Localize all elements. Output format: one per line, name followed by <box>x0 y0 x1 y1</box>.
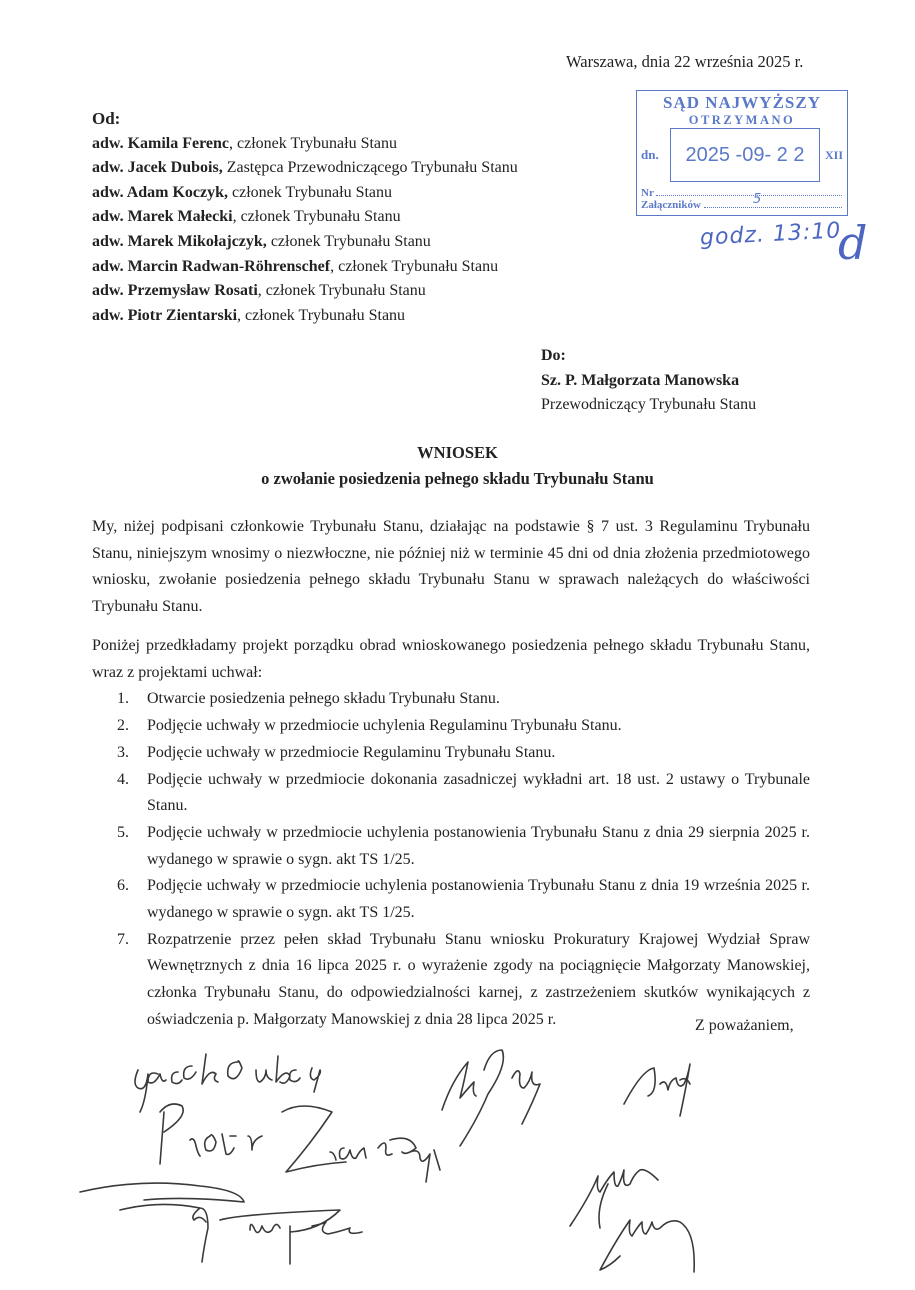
agenda-item-text: Podjęcie uchwały w przedmiocie uchylenia… <box>147 824 810 868</box>
agenda-item-number: 3. <box>117 740 129 767</box>
agenda-item-number: 4. <box>117 767 129 794</box>
agenda-list: 1.Otwarcie posiedzenia pełnego składu Tr… <box>92 686 810 1033</box>
sender-item: adw. Przemysław Rosati, członek Trybunał… <box>92 279 518 304</box>
sender-role: , członek Trybunału Stanu <box>330 258 498 275</box>
sender-item: adw. Marek Mikołajczyk, członek Trybunał… <box>92 230 518 255</box>
stamp-number-line: Nr <box>641 187 843 199</box>
sender-role: , członek Trybunału Stanu <box>258 282 426 299</box>
agenda-item-text: Podjęcie uchwały w przedmiocie uchylenia… <box>147 717 622 734</box>
document-title: WNIOSEK <box>0 443 915 463</box>
sender-label: Od: <box>92 107 518 132</box>
sender-name: adw. Marek Małecki <box>92 208 233 225</box>
recipient-role: Przewodniczący Trybunału Stanu <box>541 393 756 418</box>
agenda-item: 1.Otwarcie posiedzenia pełnego składu Tr… <box>92 686 810 713</box>
recipient-block: Do: Sz. P. Małgorzata Manowska Przewodni… <box>541 344 756 418</box>
body-paragraph-2: Poniżej przedkładamy projekt porządku ob… <box>92 633 810 1034</box>
agenda-item-number: 5. <box>117 820 129 847</box>
sender-name: adw. Kamila Ferenc <box>92 135 229 152</box>
sender-name: adw. Marek Mikołajczyk, <box>92 233 267 250</box>
agenda-item-number: 2. <box>117 713 129 740</box>
signatures <box>60 1040 860 1290</box>
stamp-date-label: dn. <box>641 147 659 163</box>
sender-role: Zastępca Przewodniczącego Trybunału Stan… <box>223 159 518 176</box>
agenda-item-text: Rozpatrzenie przez pełen skład Trybunału… <box>147 931 810 1028</box>
stamp-date: 2025 -09- 2 2 <box>670 128 820 182</box>
sender-name: adw. Przemysław Rosati <box>92 282 258 299</box>
sender-role: , członek Trybunału Stanu <box>229 135 397 152</box>
sender-item: adw. Kamila Ferenc, członek Trybunału St… <box>92 132 518 157</box>
sender-name: adw. Marcin Radwan-Röhrenschef <box>92 258 330 275</box>
recipient-name: Sz. P. Małgorzata Manowska <box>541 372 739 389</box>
dotted-line <box>704 199 843 208</box>
sender-item: adw. Jacek Dubois, Zastępca Przewodniczą… <box>92 156 518 181</box>
body-paragraph-1: My, niżej podpisani członkowie Trybunału… <box>92 514 810 621</box>
document-subtitle: o zwołanie posiedzenia pełnego składu Tr… <box>0 469 915 489</box>
sender-role: członek Trybunału Stanu <box>267 233 431 250</box>
sender-name: adw. Adam Koczyk, <box>92 184 228 201</box>
agenda-item: 6.Podjęcie uchwały w przedmiocie uchylen… <box>92 873 810 926</box>
sender-block: Od: adw. Kamila Ferenc, członek Trybunał… <box>92 107 518 328</box>
stamp-attachments-line: Załączników <box>641 199 843 211</box>
sender-role: członek Trybunału Stanu <box>228 184 392 201</box>
stamp-received-label: OTRZYMANO <box>637 113 847 127</box>
agenda-item: 3.Podjęcie uchwały w przedmiocie Regulam… <box>92 740 810 767</box>
sender-role: , członek Trybunału Stanu <box>237 307 405 324</box>
agenda-item-text: Podjęcie uchwały w przedmiocie uchylenia… <box>147 877 810 921</box>
handwritten-signatures <box>60 1040 860 1290</box>
agenda-item-number: 6. <box>117 873 129 900</box>
closing-salutation: Z poważaniem, <box>695 1017 794 1035</box>
handwritten-initial: d <box>838 216 867 270</box>
sender-item: adw. Marcin Radwan-Röhrenschef, członek … <box>92 255 518 280</box>
agenda-item-text: Podjęcie uchwały w przedmiocie dokonania… <box>147 771 810 815</box>
sender-list: adw. Kamila Ferenc, członek Trybunału St… <box>92 132 518 329</box>
sender-role: , członek Trybunału Stanu <box>233 208 401 225</box>
sender-name: adw. Piotr Zientarski <box>92 307 237 324</box>
stamp-month-roman: XII <box>825 148 843 163</box>
stamp-attachments-value: 5 <box>753 192 761 207</box>
agenda-intro: Poniżej przedkładamy projekt porządku ob… <box>92 633 810 686</box>
sender-item: adw. Adam Koczyk, członek Trybunału Stan… <box>92 181 518 206</box>
sender-item: adw. Marek Małecki, członek Trybunału St… <box>92 205 518 230</box>
agenda-item-number: 7. <box>117 927 129 954</box>
sender-item: adw. Piotr Zientarski, członek Trybunału… <box>92 304 518 329</box>
agenda-item: 2.Podjęcie uchwały w przedmiocie uchylen… <box>92 713 810 740</box>
place-and-date: Warszawa, dnia 22 września 2025 r. <box>566 52 803 72</box>
stamp-attachments-label: Załączników <box>641 199 701 211</box>
received-stamp: SĄD NAJWYŻSZY OTRZYMANO dn. 2025 -09- 2 … <box>636 90 848 216</box>
recipient-label: Do: <box>541 347 566 364</box>
stamp-number-label: Nr <box>641 187 654 199</box>
agenda-item: 4.Podjęcie uchwały w przedmiocie dokonan… <box>92 767 810 820</box>
agenda-item-text: Otwarcie posiedzenia pełnego składu Tryb… <box>147 690 500 707</box>
agenda-item-text: Podjęcie uchwały w przedmiocie Regulamin… <box>147 744 555 761</box>
agenda-item-number: 1. <box>117 686 129 713</box>
stamp-court-name: SĄD NAJWYŻSZY <box>637 94 847 112</box>
sender-name: adw. Jacek Dubois, <box>92 159 223 176</box>
agenda-item: 5.Podjęcie uchwały w przedmiocie uchylen… <box>92 820 810 873</box>
dotted-line <box>656 187 843 196</box>
handwritten-time: godz. 13:10 <box>699 218 841 250</box>
